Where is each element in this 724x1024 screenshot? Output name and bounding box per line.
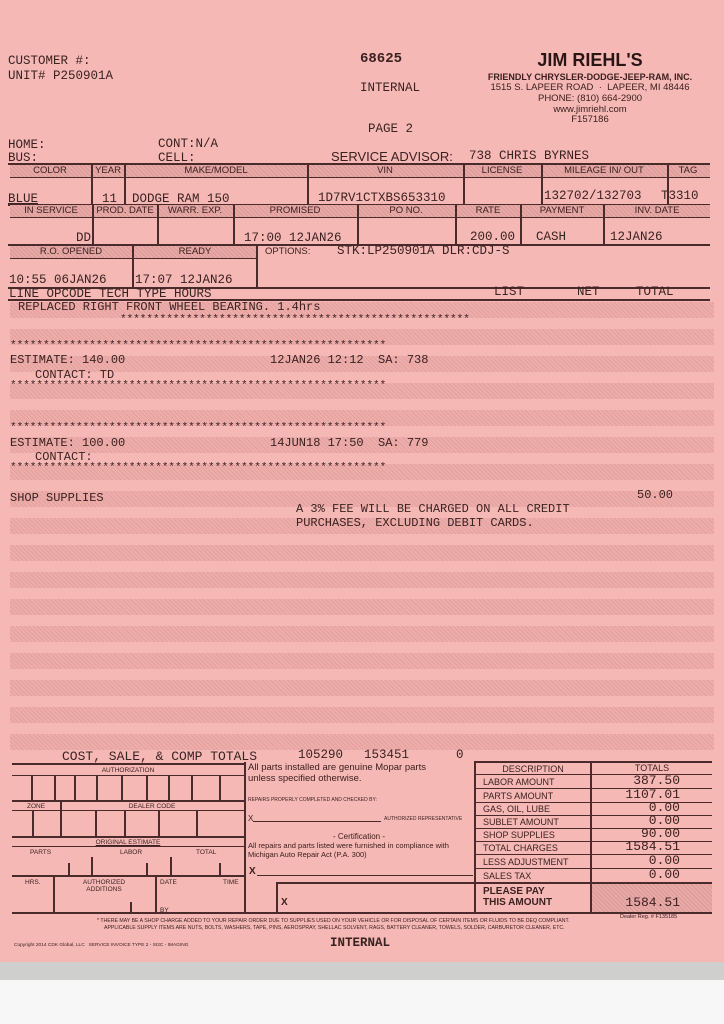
totals-row-label: LABOR AMOUNT <box>483 777 555 787</box>
original-estimate-label: ORIGINAL ESTIMATE <box>12 839 244 846</box>
estimate-2: ESTIMATE: 100.00 <box>10 436 125 450</box>
divider <box>474 762 476 914</box>
row-band <box>10 599 714 615</box>
dealer-form-number: F157186 <box>470 114 710 125</box>
disclaimer-line-1: * THERE MAY BE A SHOP CHARGE ADDED TO YO… <box>97 918 570 924</box>
fee-note-1: A 3% FEE WILL BE CHARGED ON ALL CREDIT <box>296 502 570 516</box>
row-band <box>10 626 714 642</box>
rule <box>12 763 244 765</box>
separator: ****************************************… <box>10 462 386 474</box>
in-service-value: DD <box>76 231 91 245</box>
rule <box>12 775 244 776</box>
ro-opened-value: 10:55 06JAN26 <box>9 273 107 287</box>
separator: ****************************************… <box>120 314 470 326</box>
rule <box>12 875 244 877</box>
estimate-1: ESTIMATE: 140.00 <box>10 353 125 367</box>
dealer-reg: Dealer Reg. # F135185 <box>620 914 677 920</box>
totals-row-label: GAS, OIL, LUBE <box>483 804 550 814</box>
certification-signature-line[interactable] <box>257 875 473 876</box>
cost-totals-label: COST, SALE, & COMP TOTALS <box>62 749 257 764</box>
totals-row-label: PARTS AMOUNT <box>483 791 553 801</box>
vehicle-mileage: 132702/132703 <box>544 189 642 203</box>
vehicle-vin: 1D7RV1CTXBS653310 <box>318 191 446 205</box>
repairs-checked-label: REPAIRS PROPERLY COMPLETED AND CHECKED B… <box>248 797 377 803</box>
service-advisor-label: SERVICE ADVISOR: <box>331 149 453 164</box>
rule <box>12 846 244 847</box>
dealer-address: 1515 S. LAPEER ROAD · LAPEER, MI 48446 <box>470 82 710 93</box>
by-label: BY <box>160 907 169 914</box>
divider <box>74 775 76 800</box>
col-prod-date: PROD. DATE <box>94 205 156 216</box>
divider <box>158 810 160 836</box>
certification-title: - Certification - <box>248 832 470 841</box>
divider <box>357 205 359 245</box>
divider <box>60 810 62 836</box>
rule <box>276 882 474 884</box>
rule <box>12 810 244 811</box>
authorization-label: AUTHORIZATION <box>12 767 244 774</box>
divider <box>463 165 465 205</box>
options-label: OPTIONS: <box>265 246 310 257</box>
divider <box>603 205 605 245</box>
payment-value: CASH <box>536 230 566 244</box>
rule <box>12 836 244 838</box>
contact-label: CONT:N/A <box>158 137 218 151</box>
divider <box>91 857 93 875</box>
disclaimer-line-2: APPLICABLE SUPPLY ITEMS ARE NUTS, BOLTS,… <box>104 925 565 931</box>
signature-x-3[interactable]: X <box>281 897 288 908</box>
divider <box>95 810 97 836</box>
divider <box>68 863 70 875</box>
row-band <box>10 545 714 561</box>
vehicle-tag: T3310 <box>661 189 699 203</box>
divider <box>132 246 134 288</box>
col-year: YEAR <box>92 165 124 176</box>
col-inv-date: INV. DATE <box>604 205 710 216</box>
divider <box>196 810 198 836</box>
col-license: LICENSE <box>464 165 540 176</box>
row-band <box>10 653 714 669</box>
divider <box>541 165 543 205</box>
divider <box>244 762 246 914</box>
home-label: HOME: <box>8 138 46 152</box>
divider <box>191 775 193 800</box>
copy-type: INTERNAL <box>360 81 420 95</box>
totals-row-label: SUBLET AMOUNT <box>483 817 559 827</box>
dealer-tagline: FRIENDLY CHRYSLER-DODGE-JEEP-RAM, INC. <box>470 72 710 82</box>
col-in-service: IN SERVICE <box>10 205 92 216</box>
divider <box>155 875 157 912</box>
work-line: REPLACED RIGHT FRONT WHEEL BEARING. 1.4h… <box>18 300 320 314</box>
shop-supplies-amount: 50.00 <box>637 488 673 502</box>
row-band <box>10 572 714 588</box>
certification-text: All repairs and parts listed were furnis… <box>248 841 449 859</box>
zone-label: ZONE <box>12 803 60 810</box>
col-ready: READY <box>134 246 256 257</box>
divider <box>307 165 309 205</box>
authorized-rep-label: AUTHORIZED REPRESENTATIVE <box>384 816 462 822</box>
divider <box>146 775 148 800</box>
dealer-name: JIM RIEHL'S <box>470 50 710 71</box>
row-band <box>10 734 714 750</box>
rule <box>10 217 710 218</box>
page-number: PAGE 2 <box>368 122 413 136</box>
divider <box>54 775 56 800</box>
signature-x-2: X <box>249 866 256 877</box>
copyright: Copyright 2014 CDK Global, LLC SERVICE I… <box>14 943 188 948</box>
col-vin: VIN <box>308 165 462 176</box>
separator: ****************************************… <box>10 422 386 434</box>
col-make-model: MAKE/MODEL <box>126 165 306 176</box>
cost-total: 105290 <box>298 748 343 762</box>
totals-row-label: TOTAL CHARGES <box>483 843 558 853</box>
time-label: TIME <box>223 879 239 886</box>
totals-row-label: SHOP SUPPLIES <box>483 830 555 840</box>
divider <box>233 205 235 245</box>
col-color: COLOR <box>10 165 90 176</box>
options-value: STK:LP250901A DLR:CDJ-S <box>337 244 510 258</box>
comp-total: 0 <box>456 748 464 762</box>
divider <box>121 775 123 800</box>
divider <box>157 205 159 245</box>
divider <box>124 165 126 205</box>
ro-number: 68625 <box>360 51 402 67</box>
divider <box>124 810 126 836</box>
divider <box>276 882 278 912</box>
divider <box>219 863 221 875</box>
totals-row-label: LESS ADJUSTMENT <box>483 857 569 867</box>
invoice-page: CUSTOMER #: UNIT# P250901A 68625 INTERNA… <box>0 0 724 966</box>
please-pay-amount: 1584.51 <box>570 895 680 910</box>
col-po-no: PO NO. <box>358 205 454 216</box>
col-rate: RATE <box>456 205 520 216</box>
total-header: TOTAL <box>636 285 674 299</box>
please-pay-label: PLEASE PAY THIS AMOUNT <box>483 886 552 908</box>
customer-number-label: CUSTOMER #: <box>8 54 91 68</box>
sales-tax-amount: 0.00 <box>570 867 680 882</box>
footer-copy-type: INTERNAL <box>330 936 390 950</box>
col-tag: TAG <box>668 165 708 176</box>
separator: ****************************************… <box>10 380 386 392</box>
divider <box>92 205 94 245</box>
ready-value: 17:07 12JAN26 <box>135 273 233 287</box>
divider <box>91 165 93 205</box>
divider <box>219 775 221 800</box>
divider <box>32 810 34 836</box>
divider <box>170 857 172 875</box>
labor-label: LABOR <box>120 849 142 856</box>
estimate-1-meta: 12JAN26 12:12 SA: 738 <box>270 353 428 367</box>
divider <box>168 775 170 800</box>
unit-number: UNIT# P250901A <box>8 69 113 83</box>
net-header: NET <box>577 285 600 299</box>
separator: ****************************************… <box>10 340 386 352</box>
rate-value: 200.00 <box>470 230 515 244</box>
less-adjustment-amount: 0.00 <box>570 853 680 868</box>
row-band <box>10 707 714 723</box>
divider <box>455 205 457 245</box>
divider <box>96 775 98 800</box>
date-label: DATE <box>160 879 177 886</box>
service-advisor-value: 738 CHRIS BYRNES <box>469 149 589 163</box>
totals-value-header: TOTALS <box>592 763 712 773</box>
authorized-additions-label: AUTHORIZED ADDITIONS <box>54 879 154 893</box>
col-mileage: MILEAGE IN/ OUT <box>542 165 666 176</box>
rule <box>12 912 712 914</box>
totals-row-label: SALES TAX <box>483 871 531 881</box>
rule <box>12 800 244 802</box>
divider <box>256 246 258 288</box>
divider <box>520 205 522 245</box>
inv-date-value: 12JAN26 <box>610 230 663 244</box>
dealer-code-label: DEALER CODE <box>60 803 244 810</box>
rep-signature-line[interactable] <box>253 821 381 822</box>
estimate-2-meta: 14JUN18 17:50 SA: 779 <box>270 436 428 450</box>
col-ro-opened: R.O. OPENED <box>10 246 132 257</box>
divider <box>31 775 33 800</box>
total-label: TOTAL <box>196 849 216 856</box>
hrs-label: HRS. <box>25 879 41 886</box>
shop-supplies-line: SHOP SUPPLIES <box>10 491 104 505</box>
promised-value: 17:00 12JAN26 <box>244 231 342 245</box>
mopar-note: All parts installed are genuine Mopar pa… <box>248 762 426 784</box>
divider <box>146 863 148 875</box>
row-band <box>10 680 714 696</box>
sale-total: 153451 <box>364 748 409 762</box>
labor-amount: 387.50 <box>570 773 680 788</box>
rule <box>10 177 710 178</box>
col-warr-exp: WARR. EXP. <box>158 205 232 216</box>
total-charges-amount: 1584.51 <box>570 839 680 854</box>
col-promised: PROMISED <box>234 205 356 216</box>
fee-note-2: PURCHASES, EXCLUDING DEBIT CARDS. <box>296 516 534 530</box>
divider <box>130 902 132 912</box>
list-header: LIST <box>494 285 524 299</box>
page-shadow <box>0 962 724 980</box>
col-payment: PAYMENT <box>522 205 602 216</box>
parts-label: PARTS <box>30 849 51 856</box>
dealer-phone: PHONE: (810) 664-2900 <box>470 93 710 104</box>
